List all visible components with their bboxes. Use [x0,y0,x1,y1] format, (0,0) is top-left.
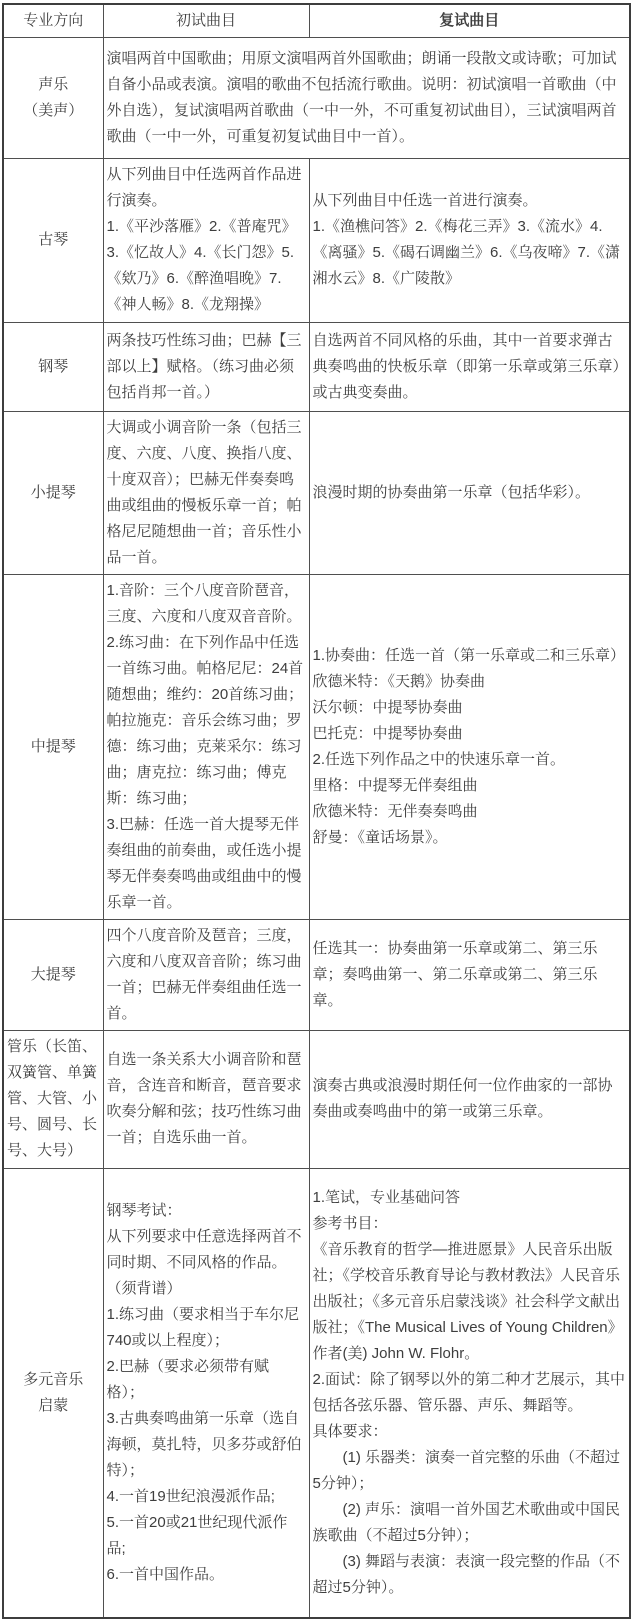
header-row: 专业方向 初试曲目 复试曲目 [3,4,630,37]
first-round-cell: 从下列曲目中任选两首作品进行演奏。 1.《平沙落雁》2.《普庵咒》3.《忆故人》… [103,158,309,322]
major-cell: 大提琴 [3,919,103,1030]
table-row-violin: 小提琴 大调或小调音阶一条（包括三度、六度、八度、换指八度、十度双音）；巴赫无伴… [3,411,630,574]
major-cell: 中提琴 [3,574,103,919]
major-cell: 多元音乐 启蒙 [3,1168,103,1618]
first-round-cell: 钢琴考试： 从下列要求中任意选择两首不同时期、不同风格的作品。（须背谱） 1.练… [103,1168,309,1618]
second-round-cell: 1.协奏曲：任选一首（第一乐章或二和三乐章） 欣德米特：《天鹅》协奏曲 沃尔顿：… [309,574,630,919]
second-round-cell: 浪漫时期的协奏曲第一乐章（包括华彩）。 [309,411,630,574]
combined-round-cell: 演唱两首中国歌曲；用原文演唱两首外国歌曲；朗诵一段散文或诗歌；可加试自备小品或表… [103,37,630,158]
major-cell: 钢琴 [3,322,103,411]
table-row-multi-music: 多元音乐 启蒙 钢琴考试： 从下列要求中任意选择两首不同时期、不同风格的作品。（… [3,1168,630,1618]
major-cell: 管乐（长笛、双簧管、单簧管、大管、小号、圆号、长号、大号） [3,1030,103,1168]
table-row-piano: 钢琴 两条技巧性练习曲；巴赫【三部以上】赋格。（练习曲必须包括肖邦一首。） 自选… [3,322,630,411]
table-row-viola: 中提琴 1.音阶：三个八度音阶琶音，三度、六度和八度双音音阶。 2.练习曲：在下… [3,574,630,919]
major-cell: 小提琴 [3,411,103,574]
table-row-vocal: 声乐 （美声） 演唱两首中国歌曲；用原文演唱两首外国歌曲；朗诵一段散文或诗歌；可… [3,37,630,158]
second-round-cell: 从下列曲目中任选一首进行演奏。 1.《渔樵问答》2.《梅花三弄》3.《流水》4.… [309,158,630,322]
first-round-cell: 1.音阶：三个八度音阶琶音，三度、六度和八度双音音阶。 2.练习曲：在下列作品中… [103,574,309,919]
major-cell: 古琴 [3,158,103,322]
exam-repertoire-table: 专业方向 初试曲目 复试曲目 声乐 （美声） 演唱两首中国歌曲；用原文演唱两首外… [2,3,631,1619]
second-round-cell: 任选其一：协奏曲第一乐章或第二、第三乐章；奏鸣曲第一、第二乐章或第二、第三乐章。 [309,919,630,1030]
second-round-cell: 演奏古典或浪漫时期任何一位作曲家的一部协奏曲或奏鸣曲中的第一或第三乐章。 [309,1030,630,1168]
header-second-round: 复试曲目 [309,4,630,37]
table-row-cello: 大提琴 四个八度音阶及琶音；三度，六度和八度双音音阶；练习曲一首；巴赫无伴奏组曲… [3,919,630,1030]
first-round-cell: 大调或小调音阶一条（包括三度、六度、八度、换指八度、十度双音）；巴赫无伴奏奏鸣曲… [103,411,309,574]
page-container: 专业方向 初试曲目 复试曲目 声乐 （美声） 演唱两首中国歌曲；用原文演唱两首外… [0,0,635,1622]
second-round-cell: 1.笔试，专业基础问答 参考书目： 《音乐教育的哲学—推进愿景》人民音乐出版社；… [309,1168,630,1618]
table-row-winds: 管乐（长笛、双簧管、单簧管、大管、小号、圆号、长号、大号） 自选一条关系大小调音… [3,1030,630,1168]
header-major: 专业方向 [3,4,103,37]
header-first-round: 初试曲目 [103,4,309,37]
second-round-cell: 自选两首不同风格的乐曲，其中一首要求弹古典奏鸣曲的快板乐章（即第一乐章或第三乐章… [309,322,630,411]
first-round-cell: 自选一条关系大小调音阶和琶音，含连音和断音，琶音要求吹奏分解和弦；技巧性练习曲一… [103,1030,309,1168]
table-row-guqin: 古琴 从下列曲目中任选两首作品进行演奏。 1.《平沙落雁》2.《普庵咒》3.《忆… [3,158,630,322]
first-round-cell: 四个八度音阶及琶音；三度，六度和八度双音音阶；练习曲一首；巴赫无伴奏组曲任选一首… [103,919,309,1030]
first-round-cell: 两条技巧性练习曲；巴赫【三部以上】赋格。（练习曲必须包括肖邦一首。） [103,322,309,411]
major-cell: 声乐 （美声） [3,37,103,158]
